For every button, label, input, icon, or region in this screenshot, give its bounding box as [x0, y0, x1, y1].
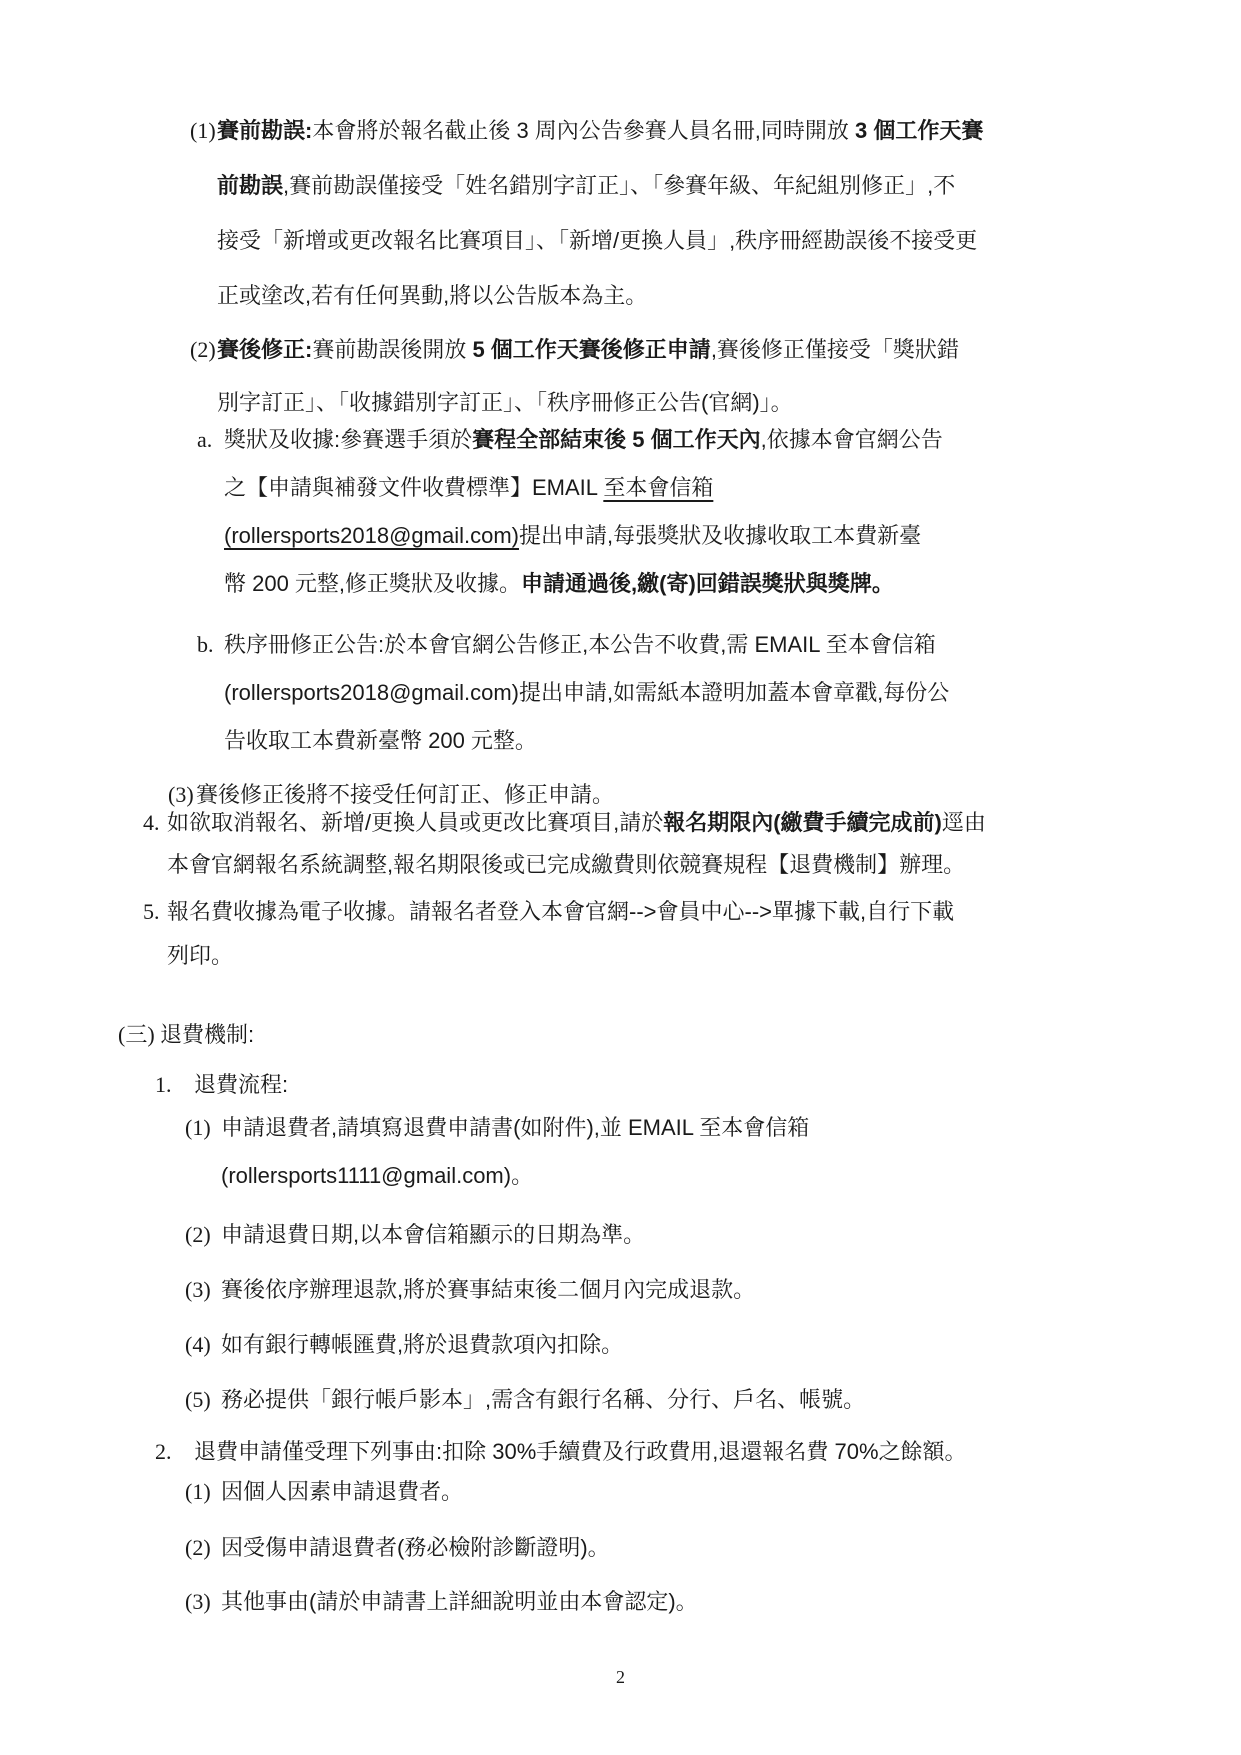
text-line: (rollersports1111@gmail.com)。	[221, 1152, 809, 1200]
text-run: 5 個工作天賽後修正申請	[472, 337, 710, 362]
section-heading-refund-mechanism: (三) 退費機制:	[160, 1013, 254, 1057]
list-marker: (1)	[190, 103, 216, 158]
page-number: 2	[0, 1662, 1241, 1692]
text-line: 申請退費者,請填寫退費申請書(如附件),並 EMAIL 至本會信箱	[221, 1104, 809, 1152]
text-line: 報名費收據為電子收據。請報名者登入本會官網-->會員中心-->單據下載,自行下載	[167, 890, 954, 934]
text-line: 正或塗改,若有任何異動,將以公告版本為主。	[217, 268, 983, 323]
text-run: 列印。	[167, 943, 233, 968]
text-run: 接受「新增或更改報名比賽項目」、「新增/更換人員」,秩序冊經勘誤後不接受更	[217, 228, 977, 253]
text-run: 提出申請,每張獎狀及收據收取工本費新臺	[519, 523, 921, 548]
text-run: 務必提供「銀行帳戶影本」,需含有銀行名稱、分行、戶名、帳號。	[221, 1387, 865, 1412]
text-line: 退費申請僅受理下列事由:扣除 30%手續費及行政費用,退還報名費 70%之餘額。	[194, 1430, 967, 1474]
text-line: 其他事由(請於申請書上詳細說明並由本會認定)。	[221, 1580, 698, 1624]
text-line: 獎狀及收據:參賽選手須於賽程全部結束後 5 個工作天內,依據本會官網公告	[224, 416, 943, 464]
text-line: 本會官網報名系統調整,報名期限後或已完成繳費則依競賽規程【退費機制】辦理。	[167, 844, 986, 886]
text-run: 賽後修正:	[217, 337, 312, 362]
list-item-refund-conditions: 2. 退費申請僅受理下列事由:扣除 30%手續費及行政費用,退還報名費 70%之…	[194, 1430, 967, 1474]
text-line: 如有銀行轉帳匯費,將於退費款項內扣除。	[221, 1323, 623, 1367]
list-item-certificates-receipts: a. 獎狀及收據:參賽選手須於賽程全部結束後 5 個工作天內,依據本會官網公告 …	[224, 416, 943, 608]
list-marker: (3)	[185, 1580, 211, 1624]
text-run: 賽前勘誤:	[217, 118, 312, 143]
list-marker: (2)	[185, 1213, 211, 1257]
text-run: 賽程全部結束後 5 個工作天內	[472, 427, 760, 452]
email-address: (rollersports1111@gmail.com)。	[221, 1163, 533, 1188]
text-line: 賽前勘誤:本會將於報名截止後 3 周內公告參賽人員名冊,同時開放 3 個工作天賽	[217, 103, 983, 158]
list-marker: 2.	[155, 1430, 172, 1474]
list-item-refund-process: 1. 退費流程:	[194, 1063, 288, 1107]
text-run: 告收取工本費新臺幣 200 元整。	[224, 728, 537, 753]
text-line: 退費流程:	[194, 1063, 288, 1107]
text-run: 因個人因素申請退費者。	[221, 1479, 463, 1504]
text-line: 賽後依序辦理退款,將於賽事結束後二個月內完成退款。	[221, 1268, 755, 1312]
email-address: (rollersports2018@gmail.com)	[224, 523, 519, 548]
list-marker: (2)	[185, 1526, 211, 1570]
text-run: 獎狀及收據:參賽選手須於	[224, 427, 472, 452]
text-run: 逕由	[942, 810, 986, 835]
list-marker: (1)	[185, 1104, 211, 1152]
text-run: 如欲取消報名、新增/更換人員或更改比賽項目,請於	[167, 810, 663, 835]
text-run: ,賽後修正僅接受「獎狀錯	[711, 337, 959, 362]
list-marker: 1.	[155, 1063, 172, 1107]
text-line: 告收取工本費新臺幣 200 元整。	[224, 717, 949, 765]
text-run: 申請退費者,請填寫退費申請書(如附件),並 EMAIL 至本會信箱	[221, 1115, 809, 1140]
text-line: 列印。	[167, 934, 954, 978]
text-run: 至本會信箱	[603, 475, 713, 500]
text-line: (rollersports2018@gmail.com)提出申請,如需紙本證明加…	[224, 669, 949, 717]
text-line: 幣 200 元整,修正獎狀及收據。申請通過後,繳(寄)回錯誤獎狀與獎牌。	[224, 560, 943, 608]
list-marker: (3)	[185, 1268, 211, 1312]
text-run: 賽後依序辦理退款,將於賽事結束後二個月內完成退款。	[221, 1277, 755, 1302]
text-line: 前勘誤,賽前勘誤僅接受「姓名錯別字訂正」、「參賽年級、年紀組別修正」,不	[217, 158, 983, 213]
text-line: 申請退費日期,以本會信箱顯示的日期為準。	[221, 1213, 645, 1257]
text-run: 正或塗改,若有任何異動,將以公告版本為主。	[217, 283, 647, 308]
text-line: 因個人因素申請退費者。	[221, 1470, 463, 1514]
text-line: 秩序冊修正公告:於本會官網公告修正,本公告不收費,需 EMAIL 至本會信箱	[224, 621, 949, 669]
text-run: 之【申請與補發文件收費標準】EMAIL	[224, 475, 603, 500]
list-item-refund-date: (2) 申請退費日期,以本會信箱顯示的日期為準。	[221, 1213, 645, 1257]
list-marker: b.	[197, 621, 214, 669]
text-run: 退費申請僅受理下列事由:扣除 30%手續費及行政費用,退還報名費 70%之餘額。	[194, 1439, 967, 1464]
text-line: 退費機制:	[160, 1013, 254, 1057]
text-run: 賽前勘誤後開放	[312, 337, 472, 362]
text-run: 秩序冊修正公告:於本會官網公告修正,本公告不收費,需 EMAIL 至本會信箱	[224, 632, 936, 657]
text-run: 退費機制:	[160, 1022, 254, 1047]
list-marker: (4)	[185, 1323, 211, 1367]
list-marker: a.	[197, 416, 212, 464]
list-item-bank-transfer-fee: (4) 如有銀行轉帳匯費,將於退費款項內扣除。	[221, 1323, 623, 1367]
text-run: 本會官網報名系統調整,報名期限後或已完成繳費則依競賽規程【退費機制】辦理。	[167, 852, 965, 877]
list-item-cancel-registration: 4. 如欲取消報名、新增/更換人員或更改比賽項目,請於報名期限內(繳費手續完成前…	[167, 802, 986, 886]
text-line: 如欲取消報名、新增/更換人員或更改比賽項目,請於報名期限內(繳費手續完成前)逕由	[167, 802, 986, 844]
text-run: 報名期限內(繳費手續完成前)	[663, 810, 942, 835]
text-run: 如有銀行轉帳匯費,將於退費款項內扣除。	[221, 1332, 623, 1357]
list-item-post-event-correction: (2) 賽後修正:賽前勘誤後開放 5 個工作天賽後修正申請,賽後修正僅接受「獎狀…	[217, 323, 959, 429]
list-item-program-correction-notice: b. 秩序冊修正公告:於本會官網公告修正,本公告不收費,需 EMAIL 至本會信…	[224, 621, 949, 765]
text-run: 報名費收據為電子收據。請報名者登入本會官網-->會員中心-->單據下載,自行下載	[167, 899, 954, 924]
email-address: (rollersports2018@gmail.com)提出申請,如需紙本證明加…	[224, 680, 949, 705]
text-line: 務必提供「銀行帳戶影本」,需含有銀行名稱、分行、戶名、帳號。	[221, 1378, 865, 1422]
text-run: 幣 200 元整,修正獎狀及收據。	[224, 571, 521, 596]
text-run: 別字訂正」、「收據錯別字訂正」、「秩序冊修正公告(官網)」。	[217, 390, 793, 415]
text-run: 申請退費日期,以本會信箱顯示的日期為準。	[221, 1222, 645, 1247]
list-marker: (5)	[185, 1378, 211, 1422]
list-item-bank-account-copy: (5) 務必提供「銀行帳戶影本」,需含有銀行名稱、分行、戶名、帳號。	[221, 1378, 865, 1422]
text-run: 退費流程:	[194, 1072, 288, 1097]
text-line: 接受「新增或更改報名比賽項目」、「新增/更換人員」,秩序冊經勘誤後不接受更	[217, 213, 983, 268]
text-run: 因受傷申請退費者(務必檢附診斷證明)。	[221, 1535, 610, 1560]
list-item-refund-application: (1) 申請退費者,請填寫退費申請書(如附件),並 EMAIL 至本會信箱 (r…	[221, 1104, 809, 1200]
list-item-other-reason: (3) 其他事由(請於申請書上詳細說明並由本會認定)。	[221, 1580, 698, 1624]
text-line: 因受傷申請退費者(務必檢附診斷證明)。	[221, 1526, 610, 1570]
list-item-pre-event-correction: (1) 賽前勘誤:本會將於報名截止後 3 周內公告參賽人員名冊,同時開放 3 個…	[217, 103, 983, 323]
text-run: 3 個工作天賽	[855, 118, 983, 143]
text-run: 其他事由(請於申請書上詳細說明並由本會認定)。	[221, 1589, 698, 1614]
text-run: 申請通過後,繳(寄)回錯誤獎狀與獎牌。	[521, 571, 894, 596]
list-item-refund-after-event: (3) 賽後依序辦理退款,將於賽事結束後二個月內完成退款。	[221, 1268, 755, 1312]
list-marker: 4.	[143, 802, 160, 844]
list-item-personal-reason: (1) 因個人因素申請退費者。	[221, 1470, 463, 1514]
text-run: ,賽前勘誤僅接受「姓名錯別字訂正」、「參賽年級、年紀組別修正」,不	[283, 173, 955, 198]
text-run: 前勘誤	[217, 173, 283, 198]
document-page: (1) 賽前勘誤:本會將於報名截止後 3 周內公告參賽人員名冊,同時開放 3 個…	[0, 0, 1241, 1755]
text-run: 本會將於報名截止後 3 周內公告參賽人員名冊,同時開放	[312, 118, 855, 143]
text-line: 賽後修正:賽前勘誤後開放 5 個工作天賽後修正申請,賽後修正僅接受「獎狀錯	[217, 323, 959, 376]
list-marker: 5.	[143, 890, 160, 934]
list-item-electronic-receipt: 5. 報名費收據為電子收據。請報名者登入本會官網-->會員中心-->單據下載,自…	[167, 890, 954, 978]
list-marker: (1)	[185, 1470, 211, 1514]
text-line: (rollersports2018@gmail.com)提出申請,每張獎狀及收據…	[224, 512, 943, 560]
text-run: ,依據本會官網公告	[761, 427, 943, 452]
list-item-injury-reason: (2) 因受傷申請退費者(務必檢附診斷證明)。	[221, 1526, 610, 1570]
list-marker: (2)	[190, 323, 216, 376]
text-line: 之【申請與補發文件收費標準】EMAIL 至本會信箱	[224, 464, 943, 512]
section-marker: (三)	[118, 1013, 155, 1057]
